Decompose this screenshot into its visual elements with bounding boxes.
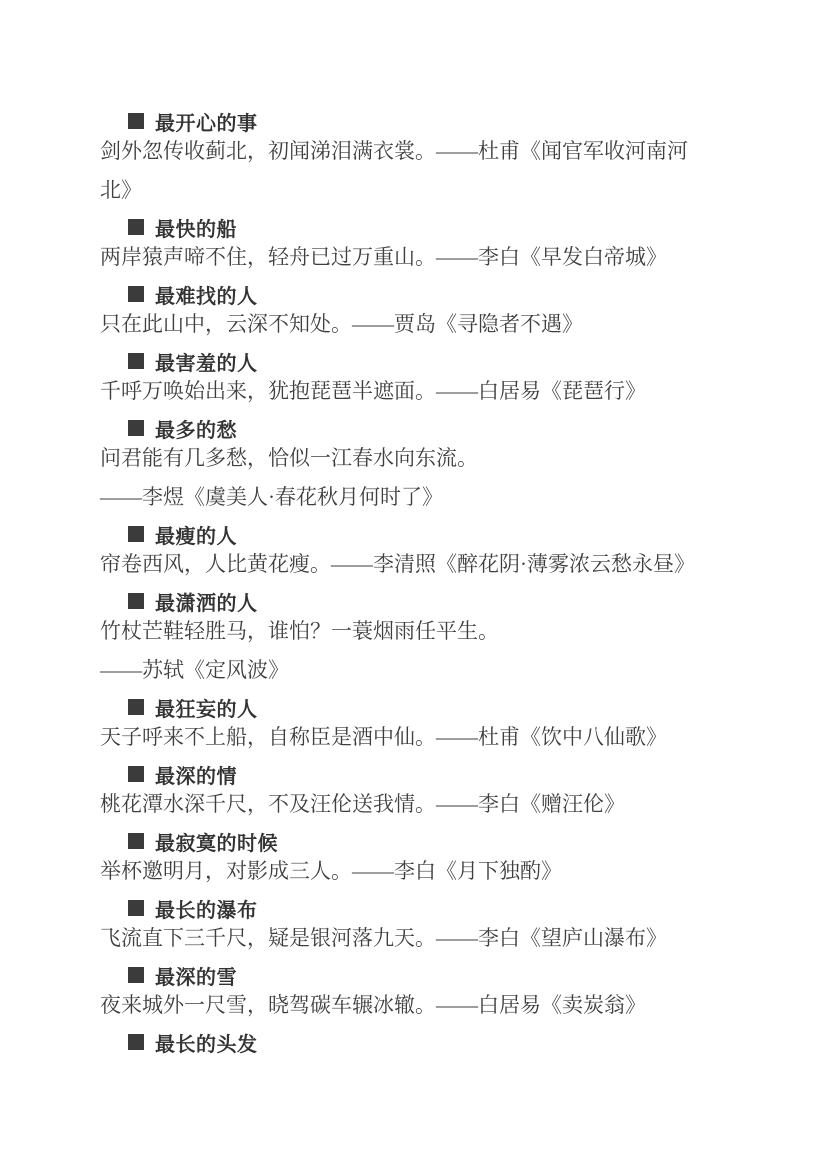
poem-section: 最难找的人 只在此山中，云深不知处。——贾岛《寻隐者不遇》 — [100, 283, 726, 344]
poem-quote: 竹杖芒鞋轻胜马，谁怕？一蓑烟雨任平生。 ——苏轼《定风波》 — [100, 612, 726, 690]
bullet-square-icon — [128, 833, 144, 849]
section-heading: 最难找的人 — [128, 283, 726, 305]
bullet-square-icon — [128, 900, 144, 916]
poem-quote: 飞流直下三千尺，疑是银河落九天。——李白《望庐山瀑布》 — [100, 919, 726, 958]
bullet-square-icon — [128, 593, 144, 609]
bullet-square-icon — [128, 1034, 144, 1050]
section-heading: 最快的船 — [128, 216, 726, 238]
poem-quote: 问君能有几多愁，恰似一江春水向东流。 ——李煜《虞美人·春花秋月何时了》 — [100, 439, 726, 517]
bullet-square-icon — [128, 526, 144, 542]
document-content: 最开心的事 剑外忽传收蓟北，初闻涕泪满衣裳。——杜甫《闻官军收河南河 北》 最快… — [0, 0, 826, 1053]
poem-line: 千呼万唤始出来，犹抱琵琶半遮面。——白居易《琵琶行》 — [100, 372, 726, 411]
poem-quote: 剑外忽传收蓟北，初闻涕泪满衣裳。——杜甫《闻官军收河南河 北》 — [100, 132, 726, 210]
poem-quote: 天子呼来不上船，自称臣是酒中仙。——杜甫《饮中八仙歌》 — [100, 718, 726, 757]
poem-line: 剑外忽传收蓟北，初闻涕泪满衣裳。——杜甫《闻官军收河南河 — [100, 132, 726, 171]
poem-section: 最长的瀑布 飞流直下三千尺，疑是银河落九天。——李白《望庐山瀑布》 — [100, 897, 726, 958]
bullet-square-icon — [128, 113, 144, 129]
poem-section: 最狂妄的人 天子呼来不上船，自称臣是酒中仙。——杜甫《饮中八仙歌》 — [100, 696, 726, 757]
poem-line: 举杯邀明月，对影成三人。——李白《月下独酌》 — [100, 852, 726, 891]
poem-section: 最长的头发 — [100, 1031, 726, 1053]
section-heading: 最开心的事 — [128, 110, 726, 132]
poem-section: 最寂寞的时候 举杯邀明月，对影成三人。——李白《月下独酌》 — [100, 830, 726, 891]
poem-line: 只在此山中，云深不知处。——贾岛《寻隐者不遇》 — [100, 305, 726, 344]
section-heading: 最长的瀑布 — [128, 897, 726, 919]
poem-line: ——苏轼《定风波》 — [100, 651, 726, 690]
bullet-square-icon — [128, 699, 144, 715]
poem-line: 飞流直下三千尺，疑是银河落九天。——李白《望庐山瀑布》 — [100, 919, 726, 958]
bullet-square-icon — [128, 219, 144, 235]
poem-section: 最害羞的人 千呼万唤始出来，犹抱琵琶半遮面。——白居易《琵琶行》 — [100, 350, 726, 411]
section-heading: 最深的情 — [128, 763, 726, 785]
section-heading: 最瘦的人 — [128, 523, 726, 545]
poem-section: 最瘦的人 帘卷西风，人比黄花瘦。——李清照《醉花阴·薄雾浓云愁永昼》 — [100, 523, 726, 584]
poem-quote: 两岸猿声啼不住，轻舟已过万重山。——李白《早发白帝城》 — [100, 238, 726, 277]
poem-line: 竹杖芒鞋轻胜马，谁怕？一蓑烟雨任平生。 — [100, 612, 726, 651]
poem-section: 最潇洒的人 竹杖芒鞋轻胜马，谁怕？一蓑烟雨任平生。 ——苏轼《定风波》 — [100, 590, 726, 690]
poem-line: 夜来城外一尺雪，晓驾碳车辗冰辙。——白居易《卖炭翁》 — [100, 986, 726, 1025]
section-heading: 最深的雪 — [128, 964, 726, 986]
section-heading: 最害羞的人 — [128, 350, 726, 372]
poem-line: 两岸猿声啼不住，轻舟已过万重山。——李白《早发白帝城》 — [100, 238, 726, 277]
bullet-square-icon — [128, 353, 144, 369]
poem-quote: 桃花潭水深千尺，不及汪伦送我情。——李白《赠汪伦》 — [100, 785, 726, 824]
section-title: 最长的头发 — [155, 1028, 258, 1057]
bullet-square-icon — [128, 286, 144, 302]
bullet-square-icon — [128, 766, 144, 782]
poem-line: ——李煜《虞美人·春花秋月何时了》 — [100, 478, 726, 517]
poem-quote: 夜来城外一尺雪，晓驾碳车辗冰辙。——白居易《卖炭翁》 — [100, 986, 726, 1025]
poem-section: 最深的情 桃花潭水深千尺，不及汪伦送我情。——李白《赠汪伦》 — [100, 763, 726, 824]
poem-line: 桃花潭水深千尺，不及汪伦送我情。——李白《赠汪伦》 — [100, 785, 726, 824]
poem-section: 最多的愁 问君能有几多愁，恰似一江春水向东流。 ——李煜《虞美人·春花秋月何时了… — [100, 417, 726, 517]
poem-line: 天子呼来不上船，自称臣是酒中仙。——杜甫《饮中八仙歌》 — [100, 718, 726, 757]
poem-line: 问君能有几多愁，恰似一江春水向东流。 — [100, 439, 726, 478]
document-page: 最开心的事 剑外忽传收蓟北，初闻涕泪满衣裳。——杜甫《闻官军收河南河 北》 最快… — [0, 0, 826, 1169]
poem-section: 最开心的事 剑外忽传收蓟北，初闻涕泪满衣裳。——杜甫《闻官军收河南河 北》 — [100, 110, 726, 210]
section-heading: 最长的头发 — [128, 1031, 726, 1053]
bullet-square-icon — [128, 420, 144, 436]
section-heading: 最多的愁 — [128, 417, 726, 439]
section-heading: 最狂妄的人 — [128, 696, 726, 718]
bullet-square-icon — [128, 967, 144, 983]
poem-section: 最深的雪 夜来城外一尺雪，晓驾碳车辗冰辙。——白居易《卖炭翁》 — [100, 964, 726, 1025]
poem-quote: 只在此山中，云深不知处。——贾岛《寻隐者不遇》 — [100, 305, 726, 344]
poem-section: 最快的船 两岸猿声啼不住，轻舟已过万重山。——李白《早发白帝城》 — [100, 216, 726, 277]
section-heading: 最寂寞的时候 — [128, 830, 726, 852]
poem-line: 北》 — [100, 171, 726, 210]
poem-quote: 千呼万唤始出来，犹抱琵琶半遮面。——白居易《琵琶行》 — [100, 372, 726, 411]
poem-quote: 帘卷西风，人比黄花瘦。——李清照《醉花阴·薄雾浓云愁永昼》 — [100, 545, 726, 584]
poem-quote: 举杯邀明月，对影成三人。——李白《月下独酌》 — [100, 852, 726, 891]
section-heading: 最潇洒的人 — [128, 590, 726, 612]
poem-line: 帘卷西风，人比黄花瘦。——李清照《醉花阴·薄雾浓云愁永昼》 — [100, 545, 726, 584]
